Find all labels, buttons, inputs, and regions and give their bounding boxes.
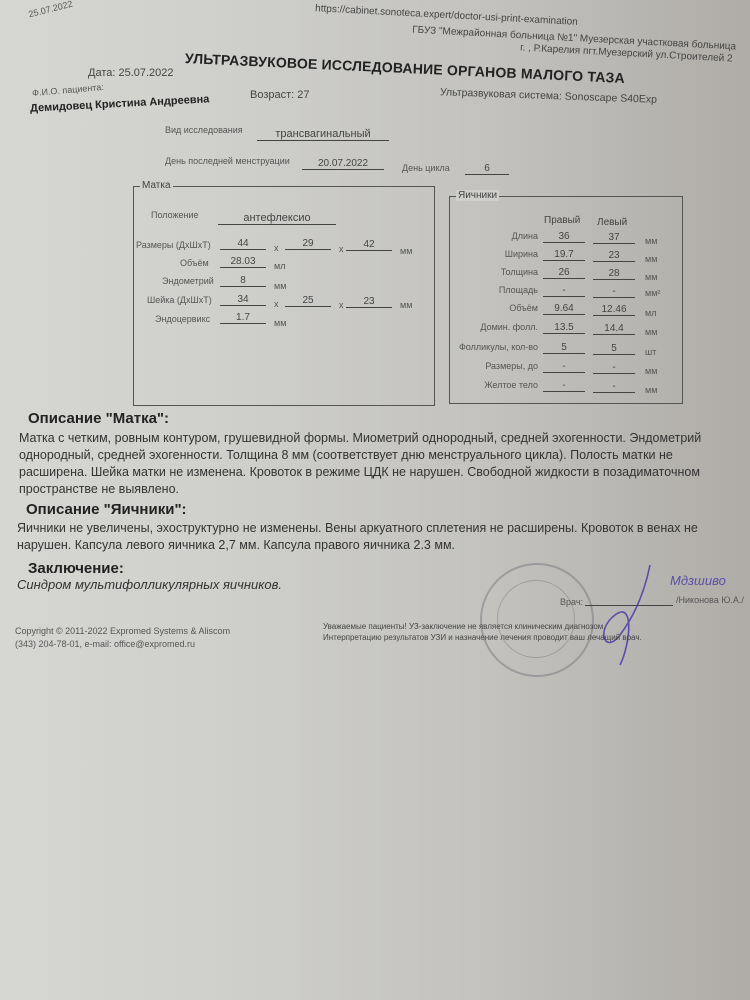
ovary-row-label: Толщина — [450, 267, 538, 277]
ovary-row-label: Желтое тело — [450, 380, 538, 390]
unit-mm: мм — [400, 246, 412, 256]
cycle-day-value: 6 — [465, 163, 509, 175]
times-sign: x — [274, 299, 279, 309]
contact-info: (343) 204-78-01, e-mail: office@expromed… — [15, 639, 195, 649]
ovary-left-value: 28 — [593, 268, 635, 280]
uterus-description-heading: Описание "Матка": — [28, 410, 169, 427]
unit-mm: мм — [400, 300, 412, 310]
uterus-size-label: Размеры (ДхШхТ) — [136, 240, 211, 250]
ovary-left-value: 14.4 — [593, 323, 635, 335]
ovary-left-value: 37 — [593, 232, 635, 244]
unit-mm: мм — [274, 281, 286, 291]
ovary-left-value: 12.46 — [593, 304, 635, 316]
cervix-size-label: Шейка (ДхШхТ) — [147, 295, 212, 305]
copyright: Copyright © 2011-2022 Expromed Systems &… — [15, 626, 230, 636]
source-url: https://cabinet.sonoteca.expert/doctor-u… — [315, 3, 578, 28]
uterus-size-thickness: 42 — [346, 239, 392, 251]
ultrasound-system: Ультразвуковая система: Sonoscape S40Exp — [440, 86, 657, 106]
ovary-row-unit: мм² — [645, 288, 660, 298]
cycle-day-label: День цикла — [402, 163, 450, 173]
ovary-row-label: Длина — [450, 231, 538, 241]
ovary-row-unit: шт — [645, 347, 656, 357]
position-label: Положение — [151, 210, 199, 220]
ovary-right-value: - — [543, 285, 585, 297]
ovary-right-value: - — [543, 380, 585, 392]
ovary-row-unit: мм — [645, 254, 657, 264]
ovary-row-unit: мл — [645, 308, 656, 318]
disclaimer-line-1: Уважаемые пациенты! УЗ-заключение не явл… — [323, 622, 606, 631]
conclusion-text: Синдром мультифолликулярных яичников. — [17, 577, 282, 592]
patient-name: Демидовец Кристина Андреевна — [30, 93, 210, 114]
ovary-left-value: 5 — [593, 343, 635, 355]
col-right-ovary: Правый — [544, 215, 580, 226]
times-sign: x — [339, 244, 344, 254]
uterus-volume-value: 28.03 — [220, 256, 266, 268]
lmp-label: День последней менструации — [165, 156, 290, 166]
ovary-row-unit: мм — [645, 272, 657, 282]
ovary-row-unit: мм — [645, 385, 657, 395]
lmp-value: 20.07.2022 — [302, 158, 384, 170]
unit-mm: мм — [274, 318, 286, 328]
ovary-right-value: - — [543, 361, 585, 373]
ovary-row-unit: мм — [645, 366, 657, 376]
cervix-size-length: 34 — [220, 294, 266, 306]
col-left-ovary: Левый — [597, 217, 627, 228]
doctor-signature-line — [585, 605, 673, 606]
ovaries-legend: Яичники — [456, 190, 499, 201]
ovary-right-value: 9.64 — [543, 303, 585, 315]
ovary-right-value: 5 — [543, 342, 585, 354]
print-date-corner: 25.07.2022 — [27, 0, 73, 19]
endometrium-value: 8 — [220, 275, 266, 287]
ovary-row-label: Домин. фолл. — [450, 322, 538, 332]
times-sign: x — [274, 243, 279, 253]
report-page: 25.07.2022 https://cabinet.sonoteca.expe… — [0, 0, 750, 1000]
ovary-left-value: - — [593, 381, 635, 393]
endocervix-label: Эндоцервикс — [155, 314, 210, 324]
patient-label: Ф.И.О. пациента: — [32, 82, 104, 98]
patient-age: Возраст: 27 — [250, 89, 310, 101]
doctor-label: Врач: — [560, 597, 583, 607]
signature-stroke — [590, 560, 670, 670]
exam-type-label: Вид исследования — [165, 125, 243, 135]
ovary-row-label: Объём — [450, 303, 538, 313]
ovary-right-value: 36 — [543, 231, 585, 243]
uterus-size-width: 29 — [285, 238, 331, 250]
position-value: антефлексио — [218, 212, 336, 225]
endocervix-value: 1.7 — [220, 312, 266, 324]
doctor-name: /Никонова Ю.А./ — [676, 595, 744, 605]
signature-handwriting: Мдзшиво — [670, 573, 726, 588]
ovary-row-unit: мм — [645, 236, 657, 246]
uterus-legend: Матка — [140, 180, 173, 191]
disclaimer-line-2: Интерпретацию результатов УЗИ и назначен… — [323, 633, 642, 642]
ovary-row-label: Площадь — [450, 285, 538, 295]
conclusion-heading: Заключение: — [28, 560, 124, 577]
ovaries-description-text: Яичники не увеличены, эхоструктурно не и… — [17, 520, 717, 554]
ovary-right-value: 26 — [543, 267, 585, 279]
ovary-left-value: 23 — [593, 250, 635, 262]
ovary-row-label: Фолликулы, кол-во — [450, 342, 538, 352]
exam-type-value: трансвагинальный — [257, 128, 389, 141]
ovaries-description-heading: Описание "Яичники": — [26, 501, 187, 518]
uterus-size-length: 44 — [220, 238, 266, 250]
ovary-right-value: 19.7 — [543, 249, 585, 261]
uterus-volume-label: Объём — [180, 258, 209, 268]
times-sign: x — [339, 300, 344, 310]
clinic-stamp — [480, 563, 594, 677]
cervix-size-thickness: 23 — [346, 296, 392, 308]
endometrium-label: Эндометрий — [162, 276, 214, 286]
clinic-stamp-inner — [497, 580, 575, 658]
uterus-description-text: Матка с четким, ровным контуром, грушеви… — [19, 430, 719, 498]
ovary-row-label: Ширина — [450, 249, 538, 259]
cervix-size-width: 25 — [285, 295, 331, 307]
unit-ml: мл — [274, 261, 285, 271]
ovary-left-value: - — [593, 362, 635, 374]
ovary-left-value: - — [593, 286, 635, 298]
ovary-row-unit: мм — [645, 327, 657, 337]
ovary-right-value: 13.5 — [543, 322, 585, 334]
ovary-row-label: Размеры, до — [450, 361, 538, 371]
exam-date: Дата: 25.07.2022 — [88, 67, 174, 79]
